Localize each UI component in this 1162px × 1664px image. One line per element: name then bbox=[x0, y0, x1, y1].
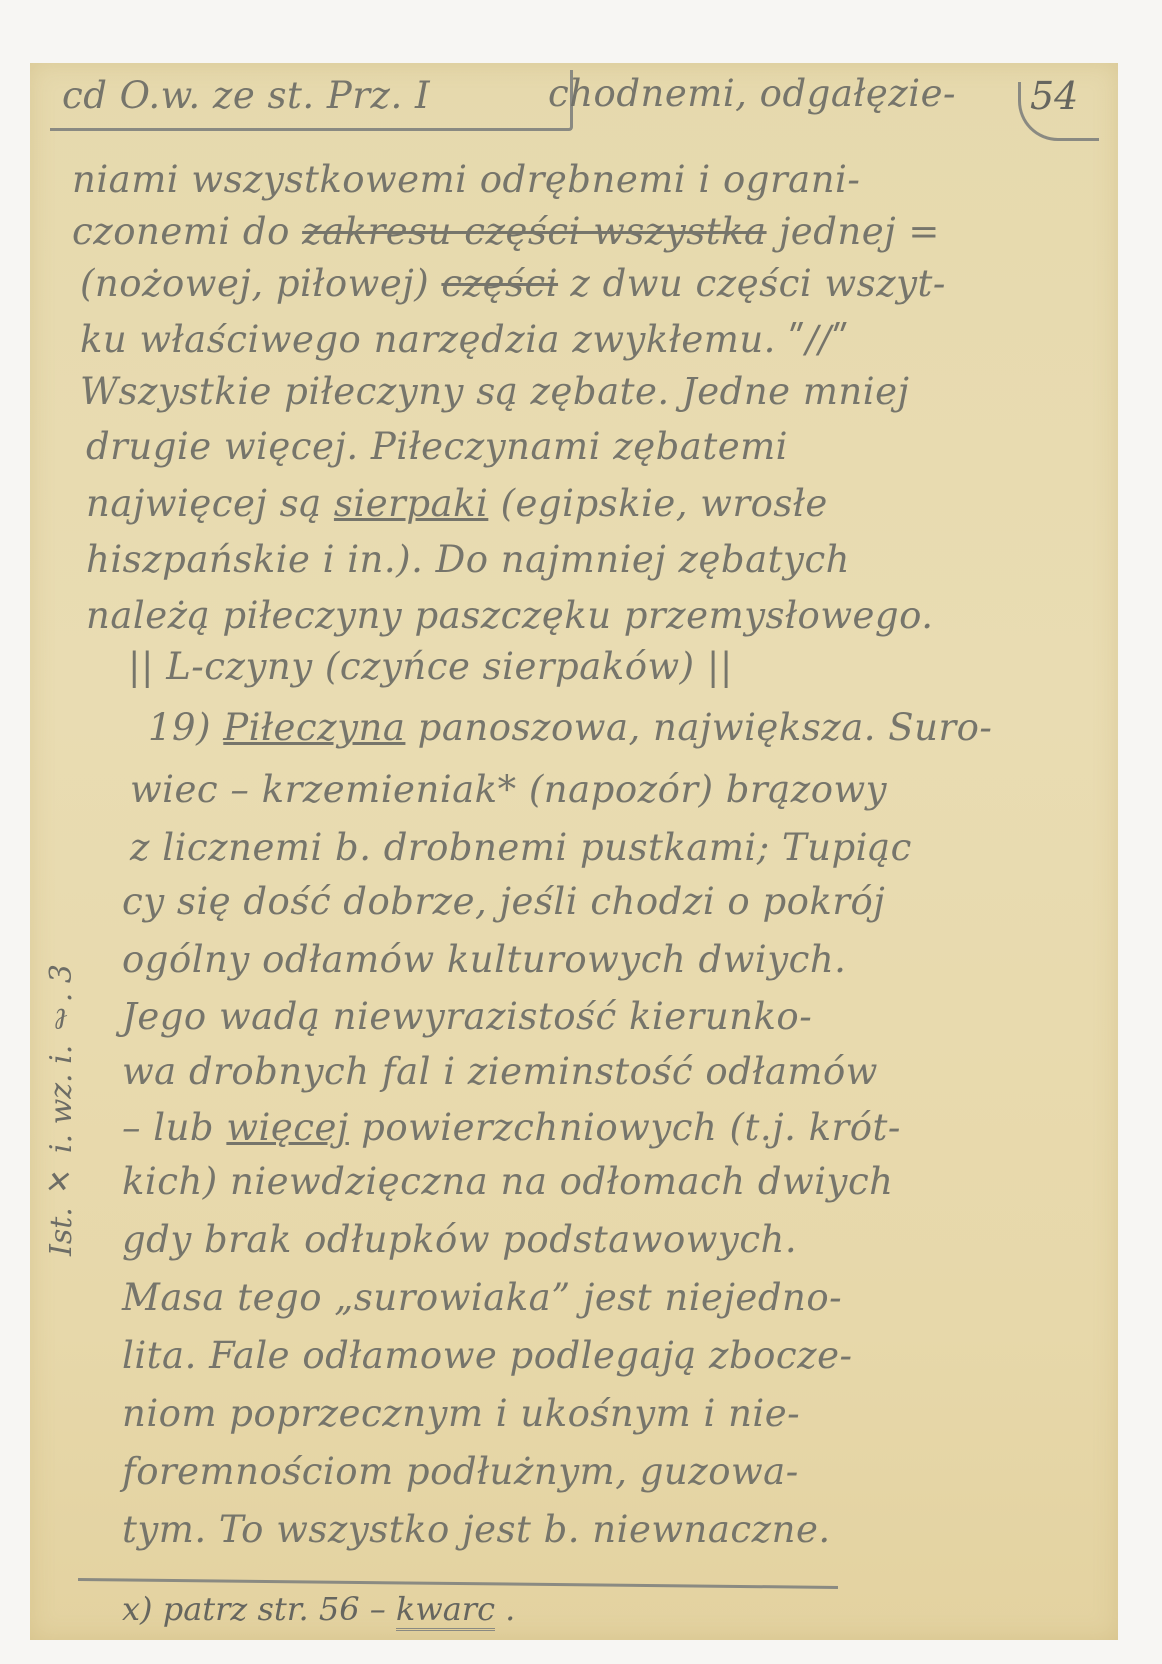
underlined-text: sierpaki bbox=[334, 482, 488, 525]
manuscript-line: wiec – krzemieniak* (napozór) brązowy bbox=[130, 768, 887, 812]
line-text: Wszystkie piłeczyny są zębate. Jedne mni… bbox=[80, 370, 909, 413]
line-text: Masa tego „surowiaka” jest niejedno- bbox=[122, 1276, 842, 1319]
line-text: chodnemi, odgałęzie- bbox=[548, 72, 956, 115]
manuscript-line: niami wszystkowemi odrębnemi i ograni- bbox=[72, 158, 860, 202]
line-text: 19) bbox=[148, 706, 223, 749]
manuscript-line: Masa tego „surowiaka” jest niejedno- bbox=[122, 1276, 842, 1320]
manuscript-line: (nożowej, piłowej) części z dwu części w… bbox=[80, 262, 946, 306]
footnote: x) patrz str. 56 – kwarc . bbox=[122, 1590, 515, 1628]
footnote-text: patrz str. 56 – bbox=[163, 1590, 396, 1628]
underlined-text: więcej bbox=[226, 1106, 349, 1149]
manuscript-line: z licznemi b. drobnemi pustkami; Tupiąc bbox=[130, 826, 912, 870]
line-text: tym. To wszystko jest b. niewnaczne. bbox=[122, 1508, 831, 1551]
line-text: hiszpańskie i in.). Do najmniej zębatych bbox=[86, 538, 850, 581]
footnote-reference: kwarc bbox=[396, 1590, 495, 1631]
page-number: 54 bbox=[1030, 74, 1078, 118]
line-text: gdy brak odłupków podstawowych. bbox=[122, 1218, 797, 1261]
line-text: cy się dość dobrze, jeśli chodzi o pokró… bbox=[122, 880, 885, 923]
line-text: drugie więcej. Piłeczynami zębatemi bbox=[86, 425, 788, 468]
line-text-continued: (egipskie, wrosłe bbox=[488, 482, 827, 525]
manuscript-line: ku właściwego narzędzia zwykłemu. ʺ//ʺ bbox=[80, 318, 849, 362]
manuscript-line: należą piłeczyny paszczęku przemysłowego… bbox=[86, 594, 933, 638]
line-text: czonemi do bbox=[72, 210, 302, 253]
manuscript-line: 19) Piłeczyna panoszowa, największa. Sur… bbox=[148, 706, 992, 750]
manuscript-line: cy się dość dobrze, jeśli chodzi o pokró… bbox=[122, 880, 885, 924]
footnote-marker: x) bbox=[122, 1590, 153, 1628]
line-text: niom poprzecznym i ukośnym i nie- bbox=[122, 1392, 800, 1435]
manuscript-line: najwięcej są sierpaki (egipskie, wrosłe bbox=[86, 482, 828, 526]
line-text: wa drobnych fal i zieminstość odłamów bbox=[122, 1050, 878, 1093]
manuscript-line: chodnemi, odgałęzie- bbox=[548, 72, 956, 116]
manuscript-line: gdy brak odłupków podstawowych. bbox=[122, 1218, 797, 1262]
manuscript-line: ogólny odłamów kulturowych dwiych. bbox=[122, 938, 846, 982]
manuscript-line: Jego wadą niewyrazistość kierunko- bbox=[122, 995, 812, 1039]
line-text: – lub bbox=[122, 1106, 226, 1149]
line-text-continued: z dwu części wszyt- bbox=[558, 262, 946, 305]
line-text: kich) niewdzięczna na odłomach dwiych bbox=[122, 1160, 894, 1203]
line-text: ku właściwego narzędzia zwykłemu. ʺ//ʺ bbox=[80, 318, 849, 361]
manuscript-line: lita. Fale odłamowe podlegają zbocze- bbox=[122, 1334, 853, 1378]
manuscript-line: kich) niewdzięczna na odłomach dwiych bbox=[122, 1160, 894, 1204]
line-text: z licznemi b. drobnemi pustkami; Tupiąc bbox=[130, 826, 912, 869]
manuscript-line: || L-czyny (czyńce sierpaków) || bbox=[128, 645, 733, 689]
manuscript-line: – lub więcej powierzchniowych (t.j. krót… bbox=[122, 1106, 901, 1150]
margin-note: Ist. ✕ i. wz. i. ℓ. 3 bbox=[44, 880, 79, 1340]
line-text: foremnościom podłużnym, guzowa- bbox=[122, 1450, 799, 1493]
line-text: (nożowej, piłowej) bbox=[80, 262, 441, 305]
line-text: niami wszystkowemi odrębnemi i ograni- bbox=[72, 158, 860, 201]
header-reference: cd O.w. ze st. Prz. I bbox=[62, 74, 430, 118]
manuscript-line: czonemi do zakresu części wszystka jedne… bbox=[72, 210, 940, 254]
line-text: Jego wadą niewyrazistość kierunko- bbox=[122, 995, 812, 1038]
manuscript-line: niom poprzecznym i ukośnym i nie- bbox=[122, 1392, 800, 1436]
manuscript-line: drugie więcej. Piłeczynami zębatemi bbox=[86, 425, 788, 469]
struck-text: zakresu części wszystka bbox=[302, 210, 766, 253]
line-text: ogólny odłamów kulturowych dwiych. bbox=[122, 938, 846, 981]
line-text: należą piłeczyny paszczęku przemysłowego… bbox=[86, 594, 933, 637]
line-text: || L-czyny (czyńce sierpaków) || bbox=[128, 645, 733, 688]
manuscript-line: wa drobnych fal i zieminstość odłamów bbox=[122, 1050, 878, 1094]
underlined-text: Piłeczyna bbox=[223, 706, 405, 749]
manuscript-line: tym. To wszystko jest b. niewnaczne. bbox=[122, 1508, 831, 1552]
manuscript-line: Wszystkie piłeczyny są zębate. Jedne mni… bbox=[80, 370, 909, 414]
footnote-end: . bbox=[505, 1590, 515, 1628]
struck-text: części bbox=[441, 262, 558, 305]
line-text-continued: powierzchniowych (t.j. krót- bbox=[349, 1106, 901, 1149]
line-text: wiec – krzemieniak* (napozór) brązowy bbox=[130, 768, 887, 811]
manuscript-line: hiszpańskie i in.). Do najmniej zębatych bbox=[86, 538, 850, 582]
manuscript-line: foremnościom podłużnym, guzowa- bbox=[122, 1450, 799, 1494]
line-text: najwięcej są bbox=[86, 482, 334, 525]
line-text-continued: jednej = bbox=[767, 210, 940, 253]
line-text: lita. Fale odłamowe podlegają zbocze- bbox=[122, 1334, 853, 1377]
line-text-continued: panoszowa, największa. Suro- bbox=[405, 706, 992, 749]
